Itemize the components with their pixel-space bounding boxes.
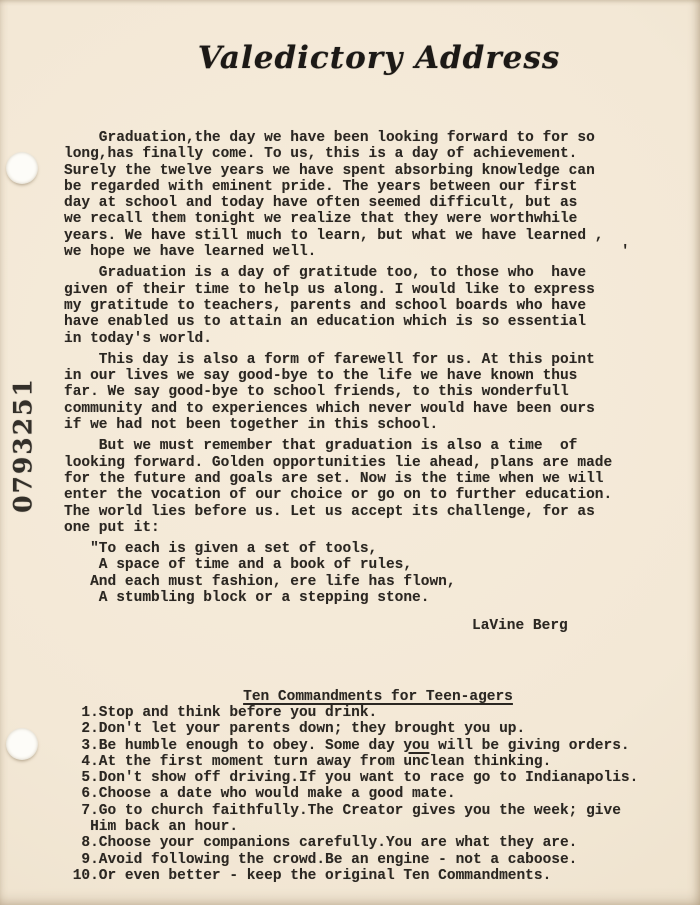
- paragraph-4: But we must remember that graduation is …: [64, 438, 674, 536]
- commandments-heading: Ten Commandments for Teen-agers: [82, 689, 674, 705]
- punch-hole-top: [6, 152, 38, 184]
- commandments-items-4-10: 4.At the first moment turn away from unc…: [64, 754, 674, 884]
- commandments-items-1-2: 1.Stop and think before you drink. 2.Don…: [64, 705, 674, 738]
- commandments-section: Ten Commandments for Teen-agers 1.Stop a…: [64, 689, 674, 885]
- document-page: 0793251 Valedictory Address Graduation,t…: [0, 0, 700, 905]
- paragraph-3: This day is also a form of farewell for …: [64, 352, 674, 433]
- page-title: Valedictory Address: [0, 40, 700, 76]
- paragraph-1: Graduation,the day we have been looking …: [64, 130, 674, 260]
- item-3-underlined-word: you: [403, 738, 429, 754]
- author-signature: LaVine Berg: [472, 618, 674, 634]
- item-3-text-after: will be giving orders.: [429, 738, 629, 754]
- commandment-item-3: 3.Be humble enough to obey. Some day you…: [64, 738, 674, 754]
- paragraph-2: Graduation is a day of gratitude too, to…: [64, 265, 674, 346]
- item-3-text-before: 3.Be humble enough to obey. Some day: [64, 738, 403, 754]
- punch-hole-bottom: [6, 728, 38, 760]
- typewritten-body: Graduation,the day we have been looking …: [64, 130, 674, 884]
- quoted-poem: "To each is given a set of tools, A spac…: [64, 541, 674, 606]
- serial-number-stamp: 0793251: [9, 377, 38, 513]
